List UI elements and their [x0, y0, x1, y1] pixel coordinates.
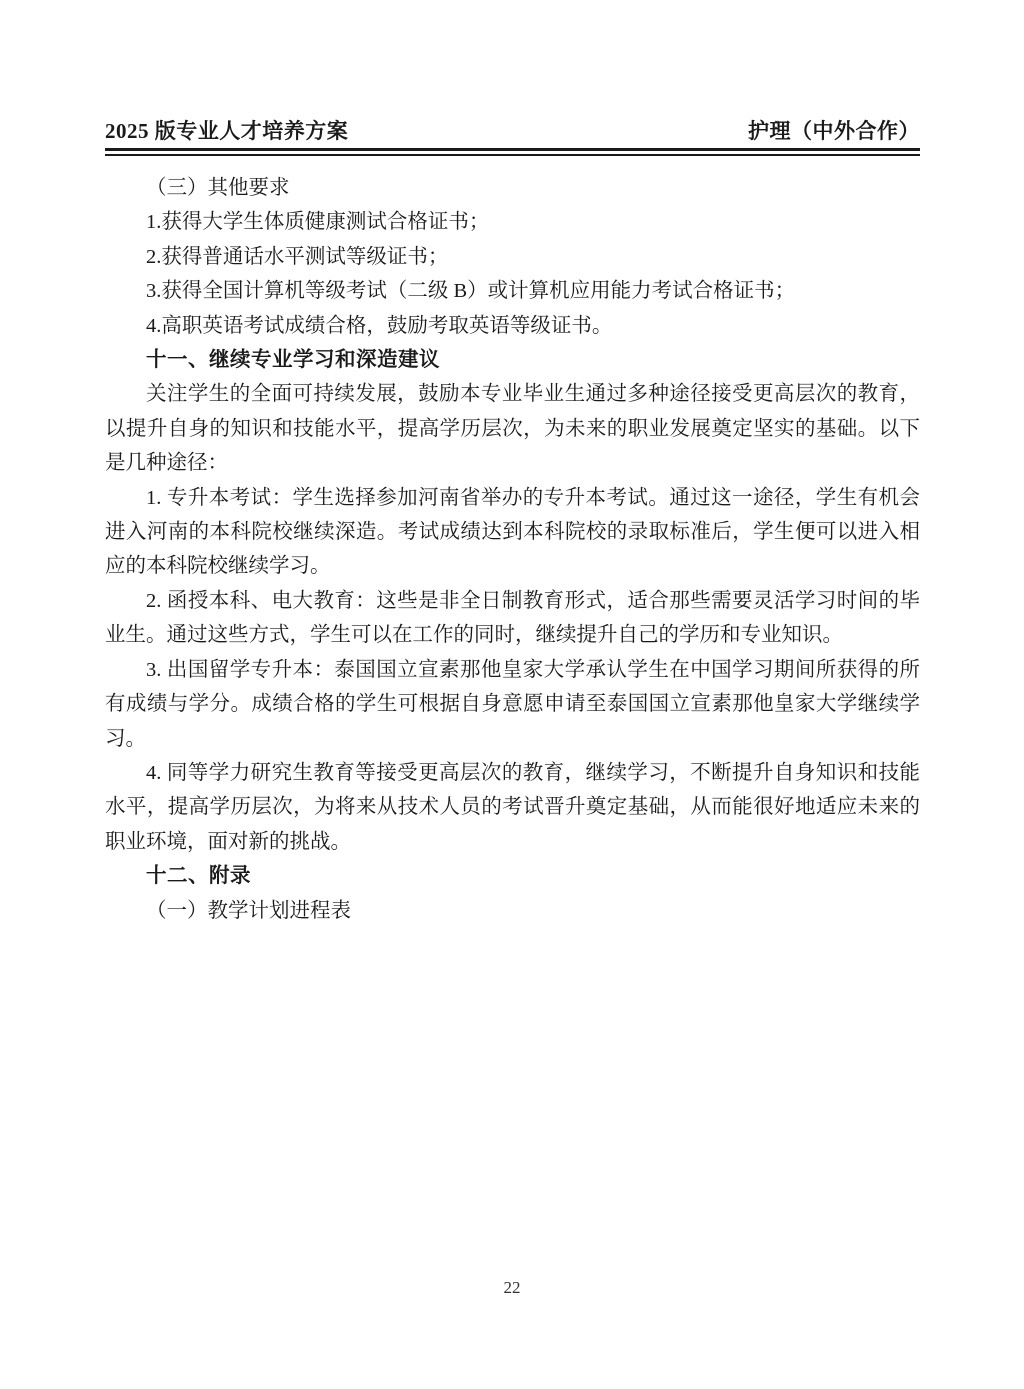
appendix-item: （一）教学计划进程表 — [105, 894, 920, 928]
header-left-title: 2025 版专业人才培养方案 — [105, 118, 348, 144]
page-footer: 22 — [0, 1278, 1024, 1298]
list-item: 4.高职英语考试成绩合格，鼓励考取英语等级证书。 — [105, 309, 920, 343]
section-12-heading: 十二、附录 — [105, 859, 920, 893]
page-header: 2025 版专业人才培养方案 护理（中外合作） — [105, 118, 920, 156]
page-number: 22 — [504, 1278, 521, 1297]
list-item: 2.获得普通话水平测试等级证书； — [105, 240, 920, 274]
pathway-paragraph: 4. 同等学力研究生教育等接受更高层次的教育，继续学习，不断提升自身知识和技能水… — [105, 756, 920, 859]
section-11-intro-paragraph: 关注学生的全面可持续发展，鼓励本专业毕业生通过多种途径接受更高层次的教育，以提升… — [105, 377, 920, 480]
pathway-paragraph: 3. 出国留学专升本：泰国国立宣素那他皇家大学承认学生在中国学习期间所获得的所有… — [105, 653, 920, 756]
list-item: 3.获得全国计算机等级考试（二级 B）或计算机应用能力考试合格证书； — [105, 274, 920, 308]
header-divider — [105, 148, 920, 156]
document-body: （三）其他要求 1.获得大学生体质健康测试合格证书； 2.获得普通话水平测试等级… — [105, 171, 920, 928]
section-11-heading: 十一、继续专业学习和深造建议 — [105, 343, 920, 377]
header-right-title: 护理（中外合作） — [748, 118, 920, 144]
pathway-paragraph: 1. 专升本考试：学生选择参加河南省举办的专升本考试。通过这一途径，学生有机会进… — [105, 481, 920, 584]
list-item: 1.获得大学生体质健康测试合格证书； — [105, 205, 920, 239]
pathway-paragraph: 2. 函授本科、电大教育：这些是非全日制教育形式，适合那些需要灵活学习时间的毕业… — [105, 584, 920, 653]
section-other-requirements-title: （三）其他要求 — [105, 171, 920, 205]
document-page: 2025 版专业人才培养方案 护理（中外合作） （三）其他要求 1.获得大学生体… — [0, 0, 1024, 1389]
